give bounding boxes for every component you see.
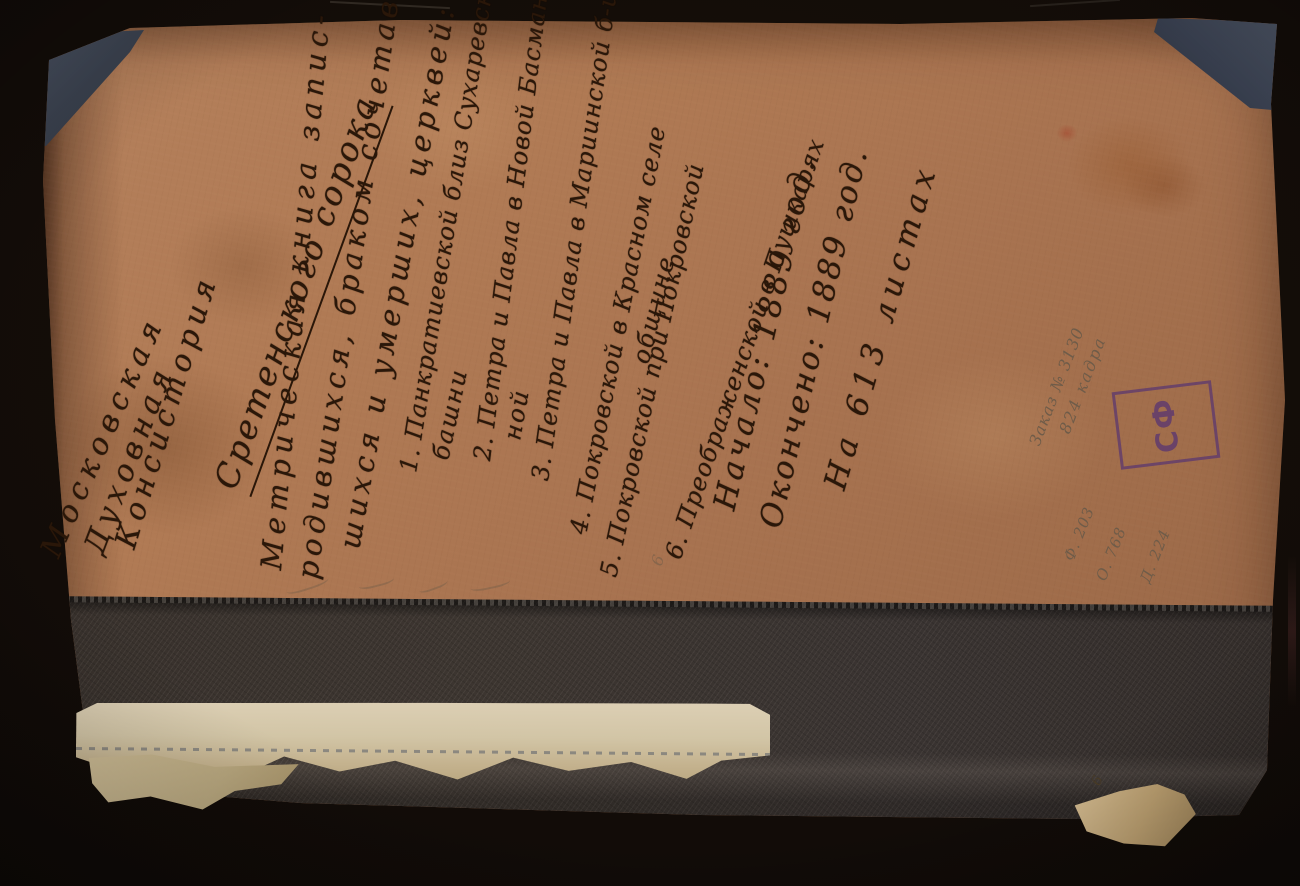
archive-stamp: СФ (1112, 380, 1221, 470)
stitch-seam (26, 596, 1296, 612)
archival-photo-stage: Московская Духовная Консистория Сретенск… (0, 0, 1300, 886)
backdrop-scratch (1030, 0, 1120, 7)
corner-protector-top-left (34, 24, 154, 156)
strip-stitch-marks (76, 747, 770, 756)
archive-stamp-text: СФ (1145, 395, 1187, 455)
backdrop-streak (1288, 556, 1296, 706)
corner-protector-top-right (1152, 16, 1284, 116)
